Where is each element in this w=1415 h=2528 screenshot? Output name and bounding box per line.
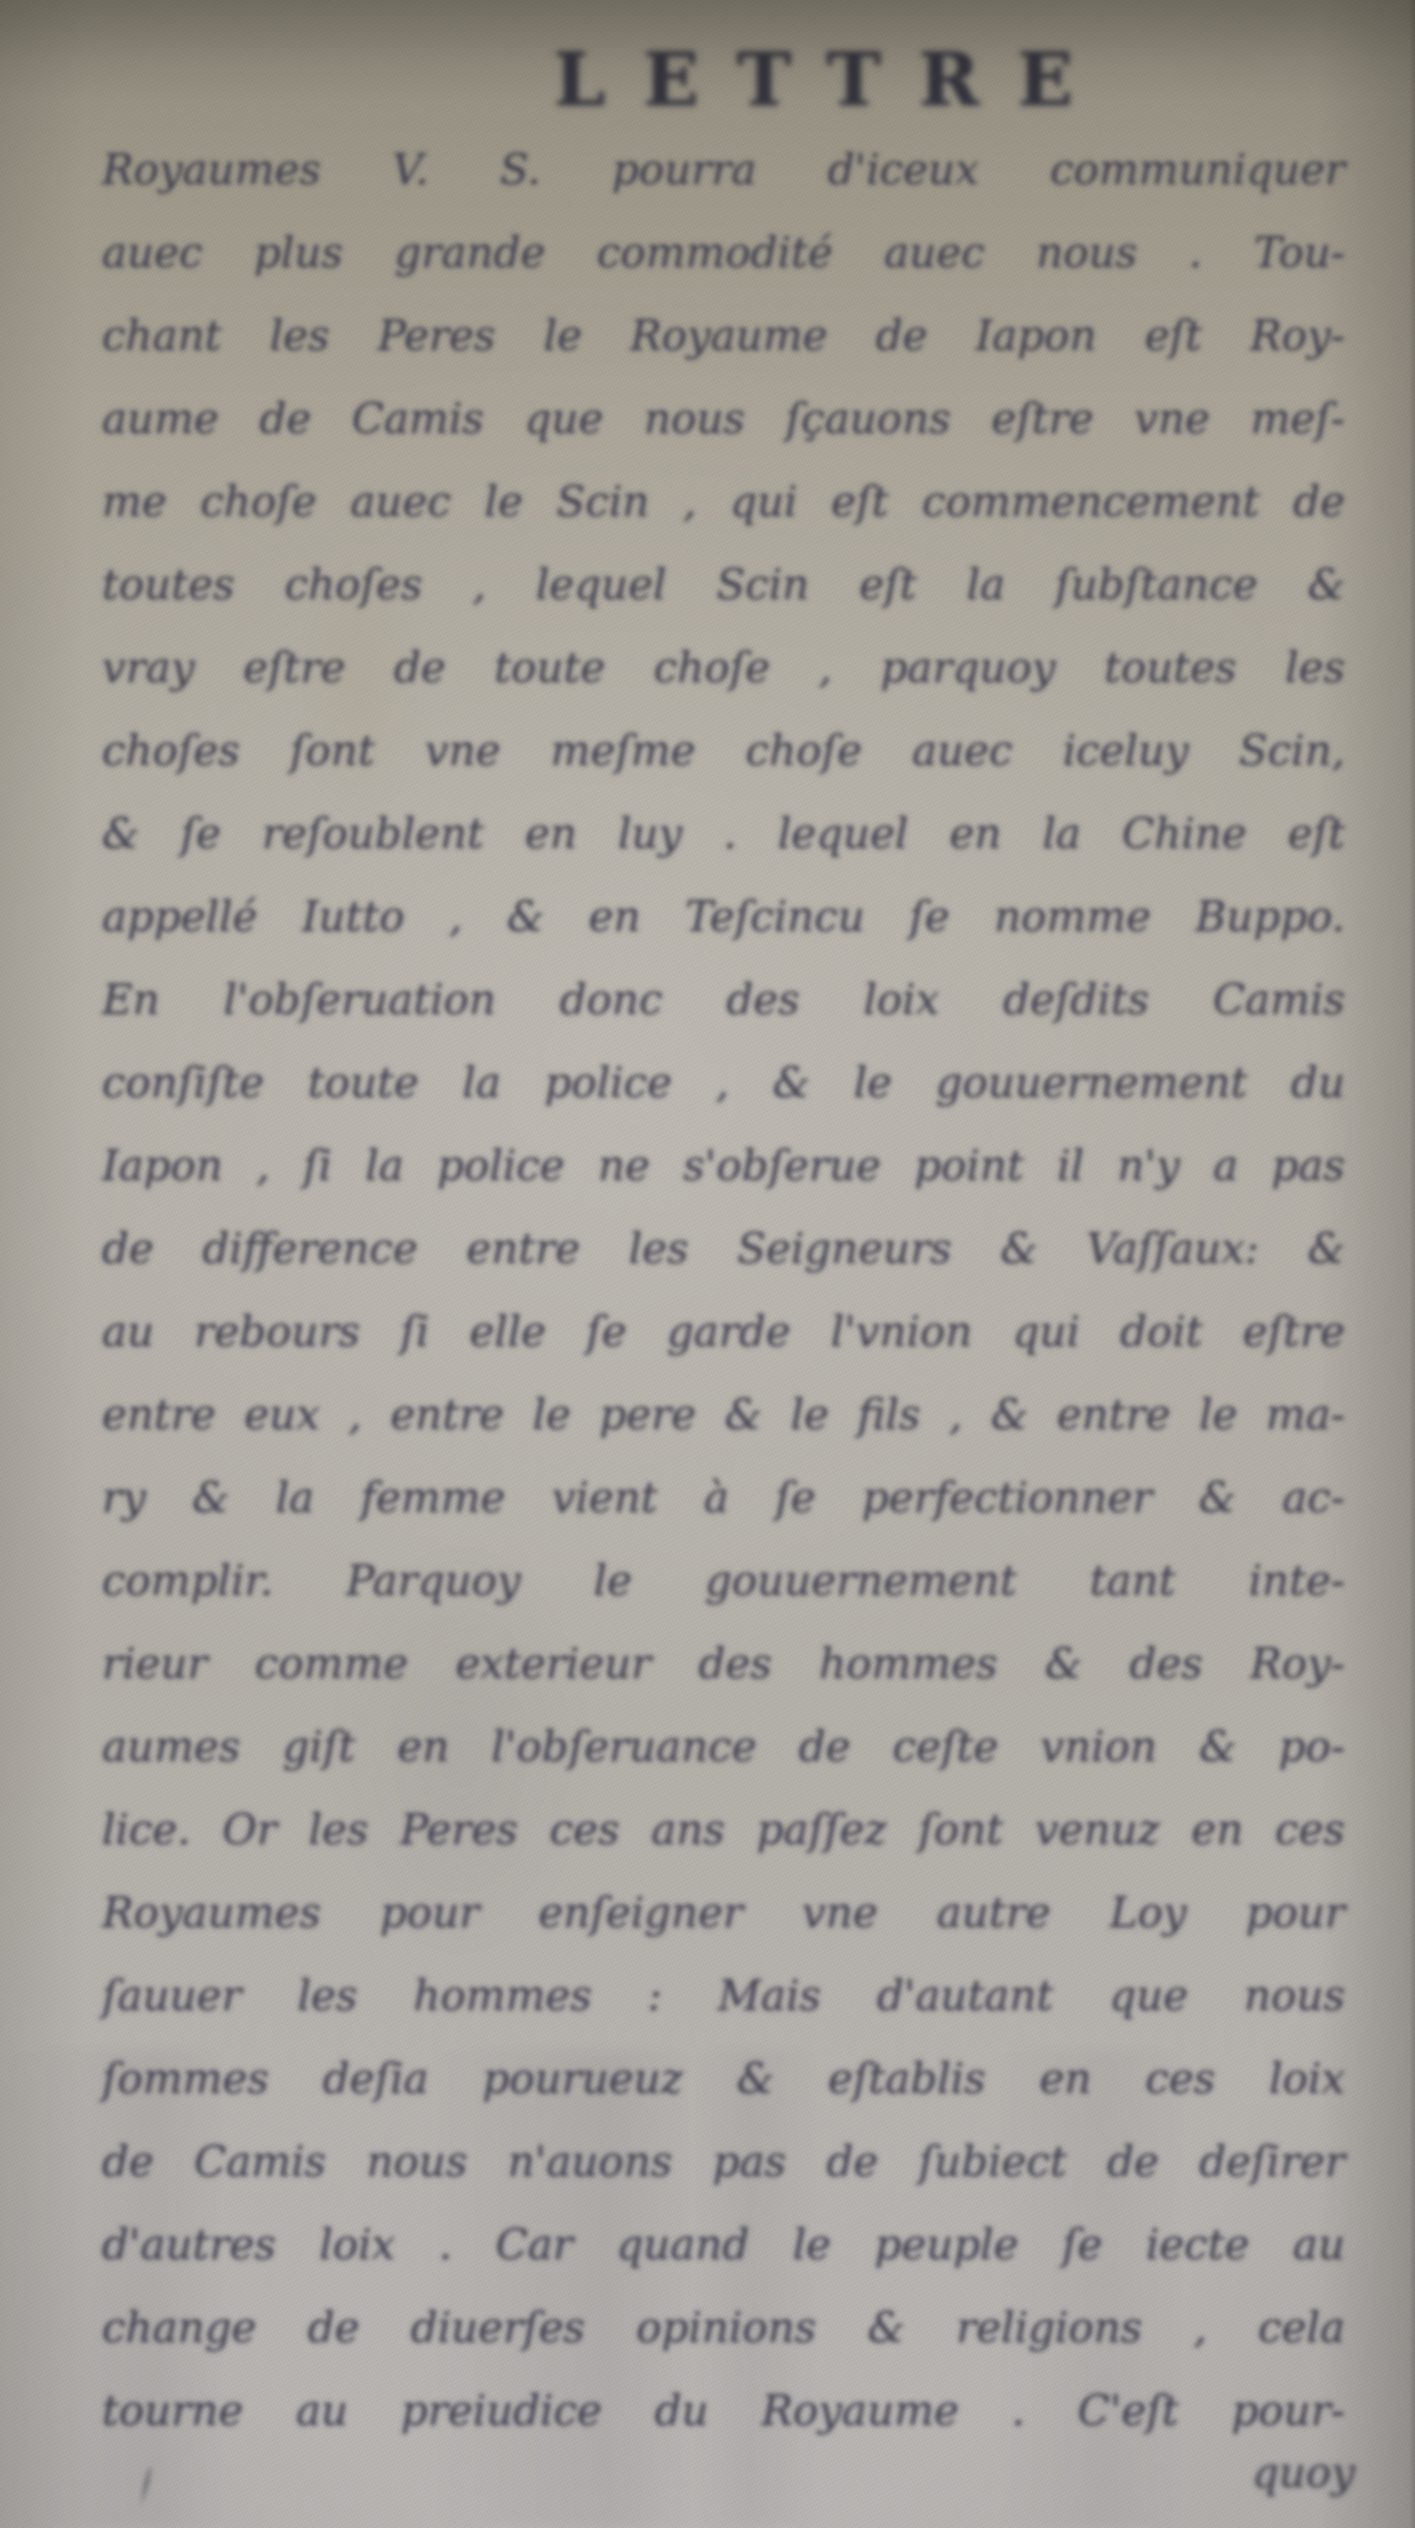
ink-speck xyxy=(136,2466,155,2509)
text-line: & ſe reſoublent en luy . lequel en la Ch… xyxy=(102,792,1345,875)
body-text: Royaumes V. S. pourra d'iceux communique… xyxy=(102,128,1345,2452)
text-line: aume de Camis que nous ſçauons eſtre vne… xyxy=(102,377,1345,460)
text-line: auec plus grande commodité auec nous . T… xyxy=(102,211,1345,294)
text-line: aumes giſt en l'obſeruance de ceſte vnio… xyxy=(102,1705,1345,1788)
text-line: ſauuer les hommes : Mais d'autant que no… xyxy=(102,1954,1345,2037)
text-line: de Camis nous n'auons pas de ſubiect de … xyxy=(102,2120,1345,2203)
text-line: appellé Iutto , & en Teſcincu ſe nomme B… xyxy=(102,875,1345,958)
text-line: chant les Peres le Royaume de Iapon eſt … xyxy=(102,294,1345,377)
text-line: entre eux , entre le pere & le fils , & … xyxy=(102,1373,1345,1456)
text-line: Iapon , ſi la police ne s'obſerue point … xyxy=(102,1124,1345,1207)
text-line: rieur comme exterieur des hommes & des R… xyxy=(102,1622,1345,1705)
catchword: quoy xyxy=(1252,2438,1402,2508)
text-line: de difference entre les Seigneurs & Vaſſ… xyxy=(102,1207,1345,1290)
text-line: change de diuerſes opinions & religions … xyxy=(102,2286,1345,2369)
text-line: d'autres loix . Car quand le peuple ſe i… xyxy=(102,2203,1345,2286)
text-line: complir. Parquoy le gouuernement tant in… xyxy=(102,1539,1345,1622)
text-line: Royaumes pour enſeigner vne autre Loy po… xyxy=(102,1871,1345,1954)
text-line: vray eſtre de toute choſe , parquoy tout… xyxy=(102,626,1345,709)
text-line: choſes ſont vne meſme choſe auec iceluy … xyxy=(102,709,1345,792)
text-line: tourne au preiudice du Royaume . C'eſt p… xyxy=(102,2369,1345,2452)
page-title: LETTRE xyxy=(125,44,1415,117)
text-line: conſiſte toute la police , & le gouuerne… xyxy=(102,1041,1345,1124)
text-line: ry & la femme vient à ſe perfectionner &… xyxy=(102,1456,1345,1539)
text-line: me choſe auec le Scin , qui eſt commence… xyxy=(102,460,1345,543)
text-line: En l'obſeruation donc des loix deſdits C… xyxy=(102,958,1345,1041)
text-line: Royaumes V. S. pourra d'iceux communique… xyxy=(102,128,1345,211)
text-line: ſommes deſia pourueuz & eſtablis en ces … xyxy=(102,2037,1345,2120)
text-line: au rebours ſi elle ſe garde l'vnion qui … xyxy=(102,1290,1345,1373)
text-line: lice. Or les Peres ces ans paſſez ſont v… xyxy=(102,1788,1345,1871)
text-line: toutes choſes , lequel Scin eſt la ſubſt… xyxy=(102,543,1345,626)
book-page-photo: LETTRE Royaumes V. S. pourra d'iceux com… xyxy=(0,0,1415,2528)
